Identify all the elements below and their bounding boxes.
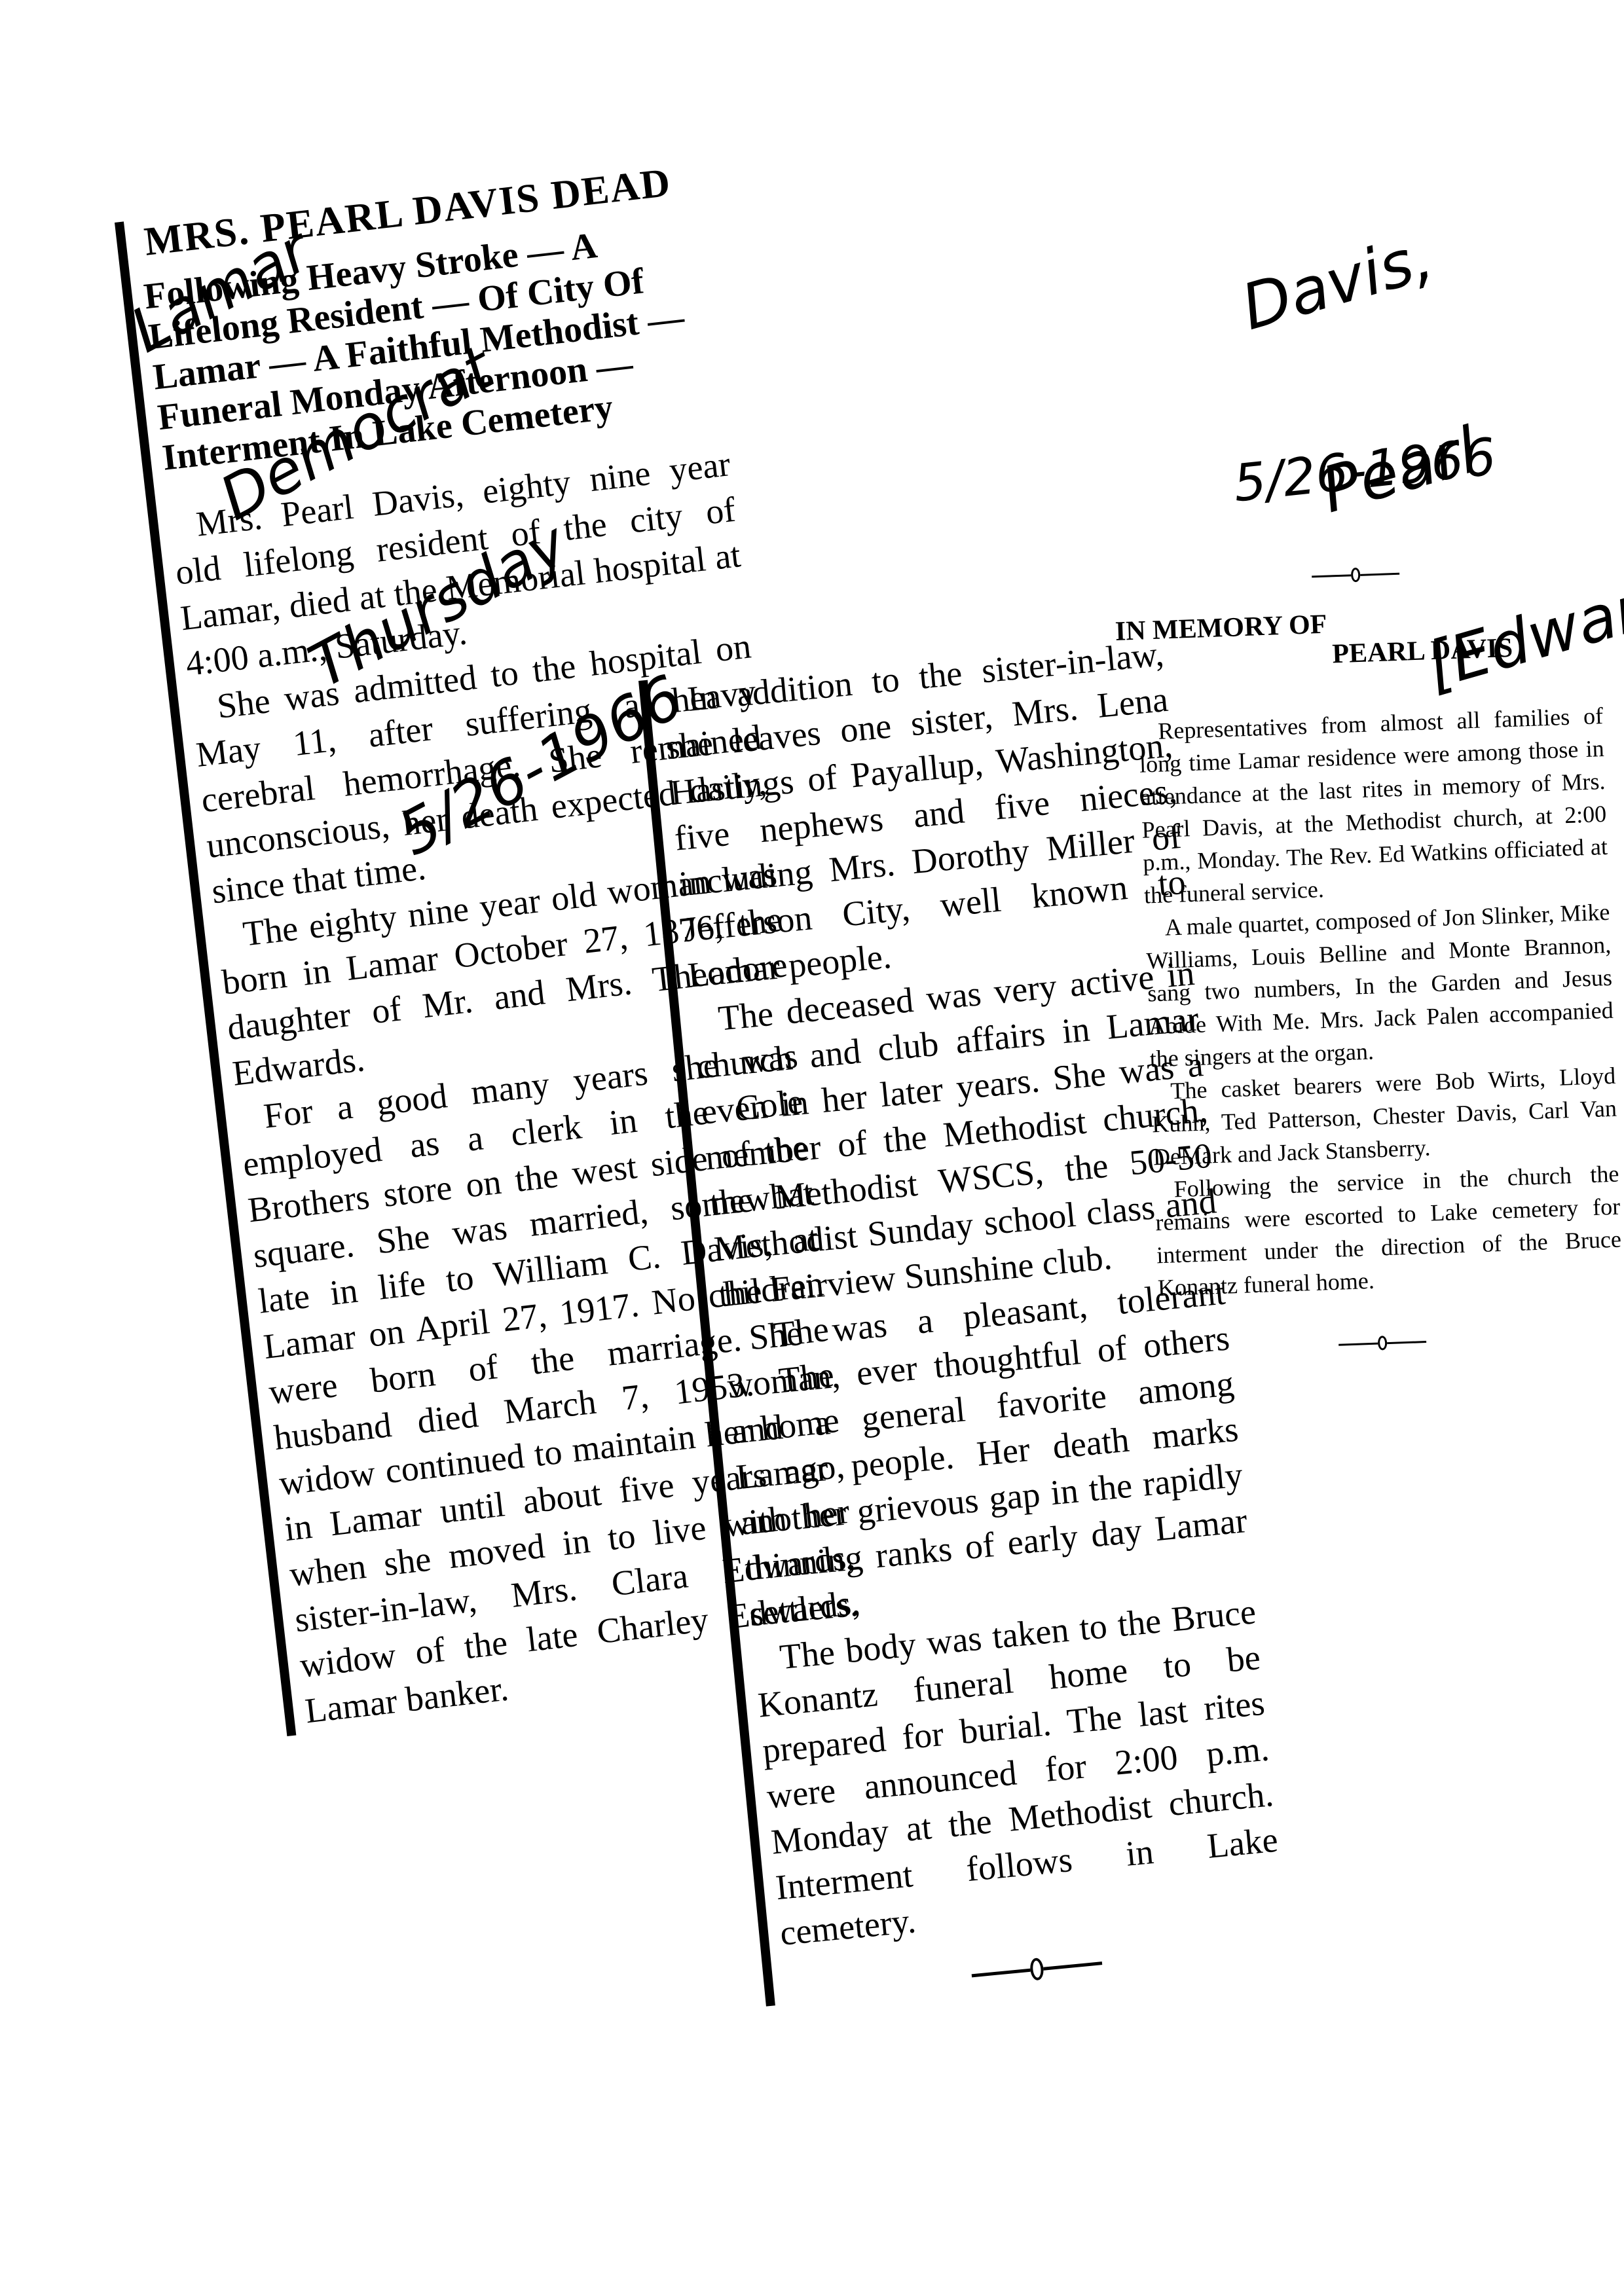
memorial-body: Representatives from almost all families…	[1137, 699, 1623, 1304]
handwritten-line: Davis,	[1235, 168, 1624, 340]
memorial-paragraph: The casket bearers were Bob Wirts, Lloyd…	[1151, 1059, 1619, 1174]
memorial-paragraph: A male quartet, composed of Jon Slinker,…	[1145, 896, 1615, 1076]
memorial-title: IN MEMORY OF PEARL DAVIS	[1115, 600, 1601, 677]
memorial-paragraph: Following the service in the church the …	[1154, 1157, 1623, 1305]
obituary-paragraph: In addition to the sister-in-law, she le…	[659, 630, 1192, 998]
memorial-clipping: IN MEMORY OF PEARL DAVIS Representatives…	[1113, 559, 1624, 1385]
obituary-paragraph: The body was taken to the Bruce Konantz …	[752, 1588, 1284, 1956]
end-ornament-icon	[1140, 1327, 1624, 1358]
memorial-paragraph: Representatives from almost all families…	[1137, 699, 1609, 912]
